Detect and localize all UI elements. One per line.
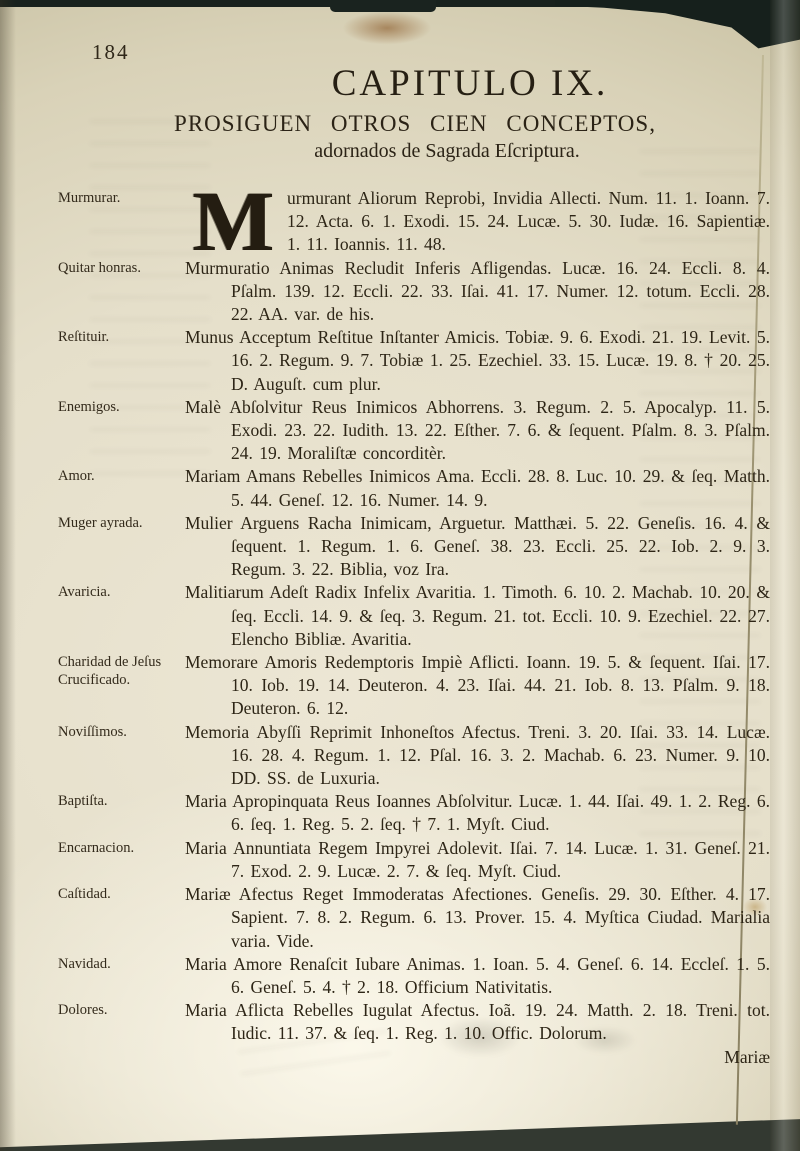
- paragraph-row: Amor. Mariam Amans Rebelles Inimicos Ama…: [58, 465, 770, 511]
- chapter-subtitle-line2: adornados de Sagrada Eſcriptura.: [92, 140, 800, 163]
- chapter-header: CAPITULO IX. PROSIGUEN OTROS CIEN CONCEP…: [60, 62, 770, 163]
- next-page-edge: [770, 0, 800, 1151]
- paragraph-text: Murmurant Aliorum Reprobi, Invidia Allec…: [185, 187, 770, 257]
- paragraph-row: Caſtidad. Mariæ Afectus Reget Immoderata…: [58, 883, 770, 953]
- margin-label: Avaricia.: [58, 581, 185, 651]
- paragraph-row: Dolores. Maria Aflicta Rebelles Iugulat …: [58, 999, 770, 1045]
- paragraph-row: Encarnacion. Maria Annuntiata Regem Impy…: [58, 837, 770, 883]
- paragraph-row: Avaricia. Malitiarum Adeſt Radix Infelix…: [58, 581, 770, 651]
- margin-label: Murmurar.: [58, 187, 185, 257]
- book-page-scan: 184 CAPITULO IX. PROSIGUEN OTROS CIEN CO…: [0, 0, 800, 1151]
- paragraph-text: Memorare Amoris Redemptoris Impiè Aflict…: [185, 651, 770, 721]
- paragraph-row: Reſtituir. Munus Acceptum Reſtitue Inſta…: [58, 326, 770, 396]
- paragraph-row: Enemigos. Malè Abſolvitur Reus Inimicos …: [58, 396, 770, 466]
- margin-label: Dolores.: [58, 999, 185, 1045]
- paragraph-text: Mulier Arguens Racha Inimicam, Arguetur.…: [185, 512, 770, 582]
- catchword: Mariæ: [58, 1047, 772, 1068]
- paragraph-row: Navidad. Maria Amore Renaſcit Iubare Ani…: [58, 953, 770, 999]
- paragraph-row: Quitar honras. Murmuratio Animas Recludi…: [58, 257, 770, 327]
- paragraph-text: Maria Aflicta Rebelles Iugulat Afectus. …: [185, 999, 770, 1045]
- text-block: Murmurar. Murmurant Aliorum Reprobi, Inv…: [58, 187, 770, 1068]
- margin-label: Charidad de Jeſus Crucificado.: [58, 651, 185, 721]
- paragraph-row: Muger ayrada. Mulier Arguens Racha Inimi…: [58, 512, 770, 582]
- paragraph-text: Maria Amore Renaſcit Iubare Animas. 1. I…: [185, 953, 770, 999]
- paragraph-row: Murmurar. Murmurant Aliorum Reprobi, Inv…: [58, 187, 770, 257]
- paragraph-text: Munus Acceptum Reſtitue Inſtanter Amicis…: [185, 326, 770, 396]
- margin-label: Caſtidad.: [58, 883, 185, 953]
- chapter-title: CAPITULO IX.: [115, 62, 800, 105]
- margin-label: Reſtituir.: [58, 326, 185, 396]
- paragraph-row: Charidad de Jeſus Crucificado. Memorare …: [58, 651, 770, 721]
- paragraph-text: Maria Apropinquata Reus Ioannes Abſolvit…: [185, 790, 770, 836]
- margin-label: Quitar honras.: [58, 257, 185, 327]
- margin-label: Amor.: [58, 465, 185, 511]
- paragraph-text: Mariam Amans Rebelles Inimicos Ama. Eccl…: [185, 465, 770, 511]
- paragraph-text: Murmuratio Animas Recludit Inferis Aflig…: [185, 257, 770, 327]
- paragraph-text: Malè Abſolvitur Reus Inimicos Abhorrens.…: [185, 396, 770, 466]
- paragraph-text: Malitiarum Adeſt Radix Infelix Avaritia.…: [185, 581, 770, 651]
- margin-label: Enemigos.: [58, 396, 185, 466]
- rust-stain: [328, 6, 446, 50]
- margin-label: Muger ayrada.: [58, 512, 185, 582]
- paragraph-row: Baptiſta. Maria Apropinquata Reus Ioanne…: [58, 790, 770, 836]
- scan-background-bottom-edge: [0, 1113, 800, 1151]
- paragraph-text: Mariæ Afectus Reget Immoderatas Afection…: [185, 883, 770, 953]
- margin-label: Navidad.: [58, 953, 185, 999]
- margin-label: Encarnacion.: [58, 837, 185, 883]
- paragraph-text: Memoria Abyſſi Reprimit Inhoneſtos Afect…: [185, 721, 770, 791]
- paragraph-text: Maria Annuntiata Regem Impyrei Adolevit.…: [185, 837, 770, 883]
- gutter-shadow: [0, 0, 16, 1151]
- margin-label: Noviſſimos.: [58, 721, 185, 791]
- drop-cap-initial: M: [185, 190, 281, 256]
- chapter-subtitle-line1: PROSIGUEN OTROS CIEN CONCEPTOS,: [60, 111, 770, 137]
- margin-label: Baptiſta.: [58, 790, 185, 836]
- paragraph-row: Noviſſimos. Memoria Abyſſi Reprimit Inho…: [58, 721, 770, 791]
